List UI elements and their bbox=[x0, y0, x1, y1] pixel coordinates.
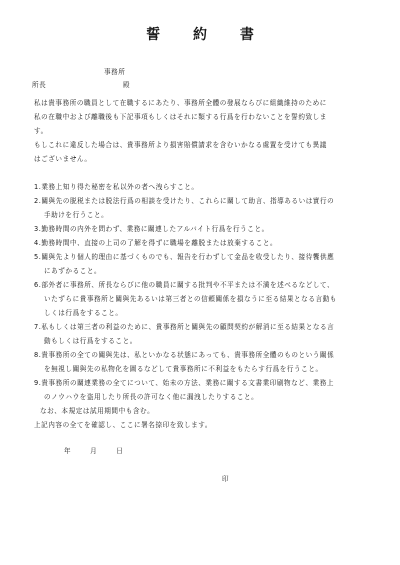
document-title: 誓 約 書 bbox=[0, 24, 400, 44]
item-6-cont: しくは行爲をすること。 bbox=[44, 309, 123, 318]
date-month: 月 bbox=[90, 445, 114, 455]
item-5: 5.關與先より個人的理由に基づくものでも、報告を行わずして金品を收受したり、接待… bbox=[34, 253, 374, 262]
item-7: 7.私もしくは第三者の利益のために、貴事務所と關與先の顧問契約が解消に至る結果と… bbox=[34, 323, 374, 332]
closing-line: 上記内容の全てを確認し、ここに署名捺印を致します。 bbox=[34, 421, 374, 430]
item-6-cont: いたずらに貴事務所と關與先あるいは第三者との信頼關係を損なうに至る結果となる言動… bbox=[44, 295, 337, 304]
intro-line: 私は貴事務所の職員として在職するにあたり、事務所全體の發展ならびに組織維持のため… bbox=[34, 99, 374, 108]
item-6: 6.部外者に事務所、所長ならびに他の職員に關する批判や不平または不満を述べるなど… bbox=[34, 281, 374, 290]
item-9: 9.貴事務所の關連業務の全てについて、始未の方法、業務に關する文書業印刷物など、… bbox=[34, 379, 374, 388]
item-8: 8.貴事務所の全ての關與先は、私といかなる状態にあっても、貴事務所全體のものとい… bbox=[34, 351, 374, 360]
item-8-cont: を無視し關與先の私物化を圖るなどして貴事務所に不利益をもたらす行爲を行うこと。 bbox=[44, 365, 323, 374]
intro-line: す。 bbox=[34, 127, 374, 136]
date-row: 年 月 日 bbox=[64, 445, 123, 455]
date-year: 年 bbox=[64, 445, 88, 455]
chief-label: 所長 bbox=[32, 81, 46, 90]
item-5-cont: にあずかること。 bbox=[44, 267, 101, 276]
item-3: 3.勤務時間の内外を問わず、業務に關連したアルバイト行爲を行うこと。 bbox=[34, 225, 374, 234]
item-1: 1.業務上知り得た秘密を私以外の者へ洩らすこと。 bbox=[34, 183, 374, 192]
intro-line: はございません。 bbox=[34, 155, 374, 164]
item-2: 2.關與先の脱税または脱法行爲の相談を受けたり、これらに關して助言、指導あるいは… bbox=[34, 197, 374, 206]
intro-line: 私の在職中および離職後も下記事項もしくはそれに類する行爲を行わないことを誓約致し… bbox=[34, 113, 374, 122]
closing-line: なお、本規定は試用期間中も含む。 bbox=[40, 407, 380, 416]
item-4: 4.勤務時間中、直接の上司の了解を得ずに職場を離脱または放棄すること。 bbox=[34, 239, 374, 248]
pledge-document: 誓 約 書 事務所 所長 殿 私は貴事務所の職員として在職するにあたり、事務所全… bbox=[0, 0, 400, 565]
item-7-cont: 動もしくは行爲をすること。 bbox=[44, 337, 137, 346]
item-2-cont: 手助けを行うこと。 bbox=[44, 211, 108, 220]
intro-line: もしこれに違反した場合は、貴事務所より損害賠償請求を含むいかなる處置を受けても異… bbox=[34, 141, 374, 150]
honorific: 殿 bbox=[123, 81, 130, 90]
item-9-cont: のノウハウを盗用したり所長の許可なく他に漏洩したりすること。 bbox=[44, 393, 258, 402]
seal-mark: 印 bbox=[222, 473, 229, 483]
office-label: 事務所 bbox=[104, 68, 125, 77]
date-day: 日 bbox=[116, 445, 123, 455]
